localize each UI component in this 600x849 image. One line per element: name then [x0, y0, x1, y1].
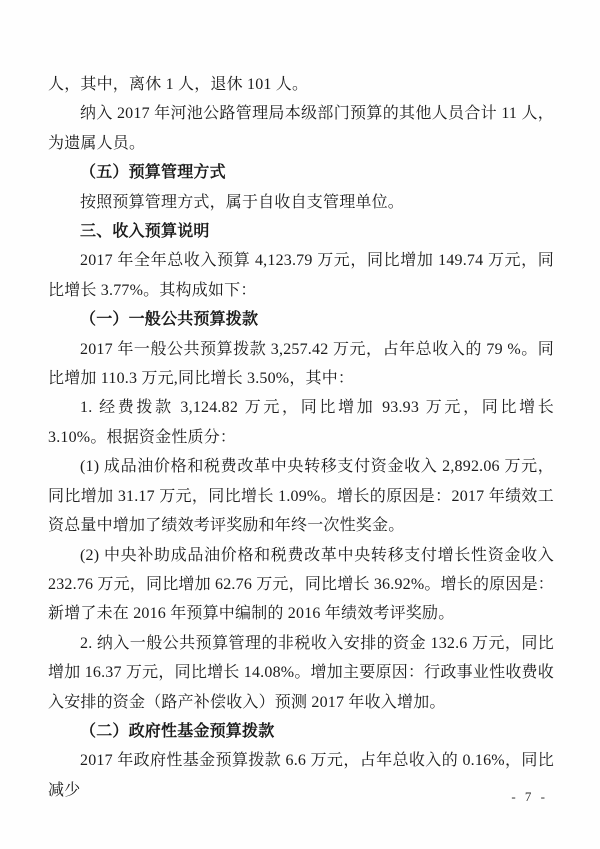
section-heading: （五）预算管理方式: [48, 158, 554, 187]
paragraph: 2017 年全年总收入预算 4,123.79 万元，同比增加 149.74 万元…: [48, 246, 554, 305]
paragraph: 2017 年一般公共预算拨款 3,257.42 万元，占年总收入的 79 %。同…: [48, 335, 554, 394]
section-heading: （二）政府性基金预算拨款: [48, 717, 554, 746]
document-page: 人，其中，离休 1 人，退休 101 人。 纳入 2017 年河池公路管理局本级…: [0, 0, 600, 849]
paragraph: 纳入 2017 年河池公路管理局本级部门预算的其他人员合计 11 人，为遗属人员…: [48, 99, 554, 158]
paragraph: (2) 中央补助成品油价格和税费改革中央转移支付增长性资金收入 232.76 万…: [48, 541, 554, 629]
paragraph: 2. 纳入一般公共预算管理的非税收入安排的资金 132.6 万元，同比增加 16…: [48, 629, 554, 717]
paragraph: 人，其中，离休 1 人，退休 101 人。: [48, 70, 554, 99]
section-heading: 三、收入预算说明: [48, 217, 554, 246]
paragraph: 按照预算管理方式，属于自收自支管理单位。: [48, 188, 554, 217]
paragraph: 1. 经费拨款 3,124.82 万元，同比增加 93.93 万元，同比增长 3…: [48, 393, 554, 452]
paragraph: 2017 年政府性基金预算拨款 6.6 万元，占年总收入的 0.16%，同比减少: [48, 746, 554, 805]
page-number: - 7 -: [511, 789, 548, 805]
document-body: 人，其中，离休 1 人，退休 101 人。 纳入 2017 年河池公路管理局本级…: [48, 70, 554, 805]
paragraph: (1) 成品油价格和税费改革中央转移支付资金收入 2,892.06 万元，同比增…: [48, 452, 554, 540]
section-heading: （一）一般公共预算拨款: [48, 305, 554, 334]
